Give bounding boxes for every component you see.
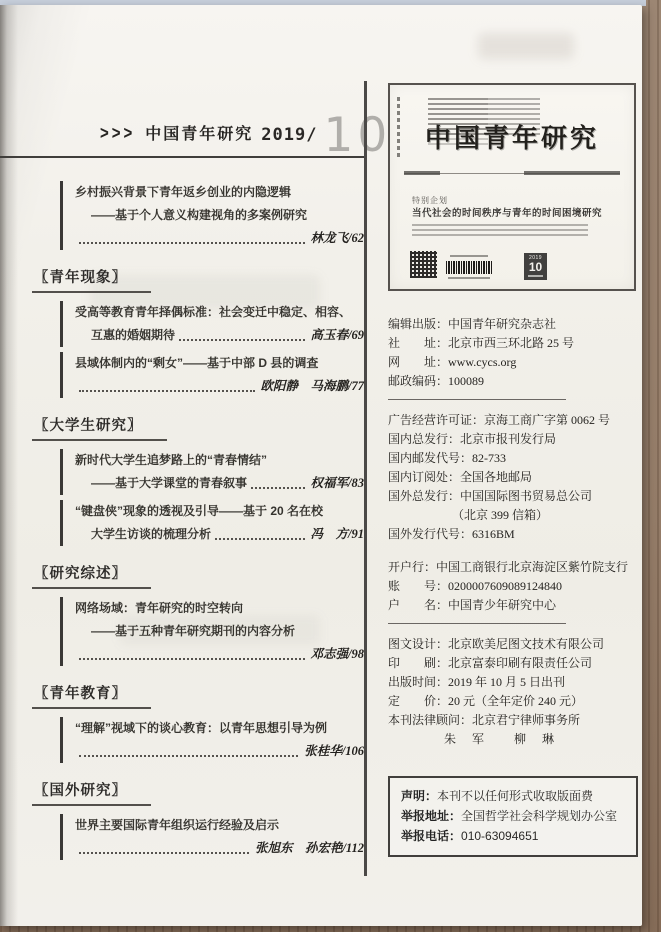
imprint-divider	[388, 399, 566, 400]
dotted-leader	[215, 538, 304, 540]
toc-section-youth-education: 〖青年教育〗 “理解”视域下的谈心教育：以青年思想引导为例 张桂华/106	[30, 682, 364, 763]
info-value: 北京市报刊发行局	[460, 430, 556, 449]
page-number: /106	[342, 740, 364, 763]
notice-value: 全国哲学社会科学规划办公室	[461, 806, 617, 826]
badge-issue: 10	[529, 261, 542, 273]
bracket-left: 〖	[34, 686, 50, 702]
info-label: 出版时间：	[388, 673, 448, 692]
imprint-divider	[388, 623, 566, 624]
info-value: 中国工商银行北京海淀区紫竹院支行	[436, 558, 628, 577]
article-byline-line: 欧阳静 马海鹏/77	[75, 375, 364, 398]
info-line: 国内总发行：北京市报刊发行局	[388, 430, 640, 449]
section-header: 〖研究综述〗	[32, 562, 151, 589]
author-name: 张桂华	[304, 740, 342, 763]
info-line: 网 址：www.cycs.org	[388, 353, 640, 372]
info-value: 全国各地邮局	[460, 468, 532, 487]
toc-article: “键盘侠”现象的透视及引导——基于 20 名在校 大学生访谈的梳理分析冯 方/9…	[60, 500, 364, 546]
title-text: ——基于大学课堂的青春叙事	[75, 472, 247, 495]
info-value: www.cycs.org	[448, 353, 516, 372]
bracket-right: 〗	[127, 418, 143, 434]
issue-year: 2019/	[261, 125, 317, 145]
info-value: 0200007609089124840	[448, 577, 562, 596]
dotted-leader	[79, 852, 249, 854]
info-line: 国外总发行：中国国际图书贸易总公司	[388, 487, 640, 506]
journal-toc-page: >>> 中国青年研究 2019/ 10 乡村振兴背景下青年返乡创业的内隐逻辑 —…	[0, 5, 642, 926]
notice-label: 举报电话：	[401, 826, 461, 846]
article-byline-line: 邓志强/98	[75, 643, 364, 666]
badge-caption	[528, 275, 543, 277]
section-header: 〖青年现象〗	[32, 266, 151, 293]
section-header: 〖大学生研究〗	[32, 414, 167, 441]
toc-article: “理解”视域下的谈心教育：以青年思想引导为例 张桂华/106	[60, 717, 364, 763]
info-label: 账 号：	[388, 577, 448, 596]
page-number: /77	[348, 375, 364, 398]
info-value: 6316BM	[472, 525, 515, 544]
title-text: ——基于五种青年研究期刊的内容分析	[75, 620, 295, 643]
production-info: 图文设计：北京欧美尼图文技术有限公司 印 刷：北京富泰印刷有限责任公司 出版时间…	[388, 635, 640, 749]
info-line: 国外发行代号：6316BM	[388, 525, 640, 544]
bracket-right: 〗	[112, 686, 128, 702]
info-line: 印 刷：北京富泰印刷有限责任公司	[388, 654, 640, 673]
bank-info: 开户行：中国工商银行北京海淀区紫竹院支行 账 号：020000760908912…	[388, 558, 640, 615]
info-value: 100089	[448, 372, 484, 391]
author-name: 欧阳静 马海鹏	[261, 375, 349, 398]
journal-name: 中国青年研究	[145, 121, 253, 144]
info-label: 定 价：	[388, 692, 448, 711]
notice-label: 举报地址：	[401, 806, 461, 826]
bracket-right: 〗	[112, 270, 128, 286]
qr-code-icon	[410, 251, 437, 278]
title-text: “理解”视域下的谈心教育：以青年思想引导为例	[75, 717, 327, 740]
section-header: 〖国外研究〗	[32, 779, 151, 806]
section-header: 〖青年教育〗	[32, 682, 151, 709]
header-rule	[0, 156, 366, 158]
distribution-info: 广告经营许可证：京海工商广字第 0062 号 国内总发行：北京市报刊发行局 国内…	[388, 411, 640, 544]
info-line: 开户行：中国工商银行北京海淀区紫竹院支行	[388, 558, 640, 577]
cover-feature-notes	[412, 224, 588, 239]
legal-advisor-names: 朱 军 柳 琳	[388, 730, 556, 749]
info-label: 国内邮发代号：	[388, 449, 472, 468]
section-title: 青年现象	[50, 270, 112, 286]
info-line: 图文设计：北京欧美尼图文技术有限公司	[388, 635, 640, 654]
info-value: 北京欧美尼图文技术有限公司	[448, 635, 604, 654]
article-title-line: ——基于五种青年研究期刊的内容分析	[75, 620, 364, 643]
title-text: ——基于个人意义构建视角的多案例研究	[75, 204, 307, 227]
author-name: 邓志强	[311, 643, 349, 666]
toc-article: 世界主要国际青年组织运行经验及启示 张旭东 孙宏艳/112	[60, 814, 364, 860]
page-number: /62	[348, 227, 364, 250]
info-line: 编辑出版：中国青年研究杂志社	[388, 315, 640, 334]
notice-label: 声明：	[401, 786, 437, 806]
author-name: 张旭东 孙宏艳	[255, 837, 343, 860]
author-name: 林龙飞	[311, 227, 349, 250]
title-text: 大学生访谈的梳理分析	[75, 523, 211, 546]
page-number: /83	[348, 472, 364, 495]
page-number: /91	[348, 523, 364, 546]
dotted-leader	[79, 390, 255, 392]
section-title: 研究综述	[50, 566, 112, 582]
section-title: 青年教育	[50, 686, 112, 702]
dotted-leader	[79, 755, 298, 757]
bracket-left: 〖	[34, 566, 50, 582]
info-label: 印 刷：	[388, 654, 448, 673]
ink-bleed-smudge	[478, 33, 574, 59]
dotted-leader	[179, 339, 304, 341]
info-value: 2019 年 10 月 5 日出刊	[448, 673, 565, 692]
toc-section-research-review: 〖研究综述〗 网络场域：青年研究的时空转向 ——基于五种青年研究期刊的内容分析 …	[30, 562, 364, 666]
barcode-icon	[446, 261, 492, 274]
page-number: /69	[348, 324, 364, 347]
info-label: 图文设计：	[388, 635, 448, 654]
info-label: 国外发行代号：	[388, 525, 472, 544]
title-text: 互惠的婚姻期待	[75, 324, 175, 347]
bracket-left: 〖	[34, 783, 50, 799]
notice-line: 声明：本刊不以任何形式收取版面费	[401, 786, 628, 806]
notice-line: 举报电话：010-63094651	[401, 826, 628, 846]
info-value: 中国青少年研究中心	[448, 596, 556, 615]
notice-line: 举报地址：全国哲学社会科学规划办公室	[401, 806, 628, 826]
info-value: 中国国际图书贸易总公司	[460, 487, 592, 506]
dotted-leader	[79, 658, 305, 660]
bracket-left: 〖	[34, 270, 50, 286]
dotted-leader	[79, 242, 305, 244]
toc-section-youth-phenomena: 〖青年现象〗 受高等教育青年择偶标准：社会变迁中稳定、相容、 互惠的婚姻期待高玉…	[30, 266, 364, 398]
notice-box: 声明：本刊不以任何形式收取版面费 举报地址：全国哲学社会科学规划办公室 举报电话…	[388, 776, 638, 857]
info-label: 本刊法律顾问：	[388, 711, 472, 730]
info-line: 户 名：中国青少年研究中心	[388, 596, 640, 615]
author-name: 高玉春	[311, 324, 349, 347]
article-byline-line: 互惠的婚姻期待高玉春/69	[75, 324, 364, 347]
info-value: 京海工商广字第 0062 号	[484, 411, 610, 430]
article-title-line: 世界主要国际青年组织运行经验及启示	[75, 814, 364, 837]
bracket-left: 〖	[34, 418, 50, 434]
info-line: 朱 军 柳 琳	[388, 730, 640, 749]
article-title-line: 新时代大学生追梦路上的“青春情结”	[75, 449, 364, 472]
notice-value: 本刊不以任何形式收取版面费	[437, 786, 593, 806]
info-value: 82-733	[472, 449, 506, 468]
issue-number-large: 10	[323, 117, 391, 155]
dotted-leader	[251, 487, 304, 489]
info-label: 邮政编码：	[388, 372, 448, 391]
toc-article: 新时代大学生追梦路上的“青春情结” ——基于大学课堂的青春叙事权福军/83	[60, 449, 364, 495]
journal-cover: 中国青年研究 特别企划 当代社会的时间秩序与青年的时间困境研究 2019 10	[388, 83, 636, 291]
article-title-line: 网络场域：青年研究的时空转向	[75, 597, 364, 620]
toc-section-foreign-research: 〖国外研究〗 世界主要国际青年组织运行经验及启示 张旭东 孙宏艳/112	[30, 779, 364, 860]
article-byline-line: 张旭东 孙宏艳/112	[75, 837, 364, 860]
section-title: 国外研究	[50, 783, 112, 799]
info-line: 国内邮发代号：82-733	[388, 449, 640, 468]
article-title-line: “键盘侠”现象的透视及引导——基于 20 名在校	[75, 500, 364, 523]
info-value: 20 元（全年定价 240 元）	[448, 692, 583, 711]
cover-feature-title: 当代社会的时间秩序与青年的时间困境研究	[412, 205, 602, 219]
imprint-column: 中国青年研究 特别企划 当代社会的时间秩序与青年的时间困境研究 2019 10 …	[388, 83, 640, 857]
toc-section-college-students: 〖大学生研究〗 新时代大学生追梦路上的“青春情结” ——基于大学课堂的青春叙事权…	[30, 414, 364, 546]
cover-subtitle-rule	[404, 167, 620, 174]
info-line: 国内订阅处：全国各地邮局	[388, 468, 640, 487]
toc-article: 乡村振兴背景下青年返乡创业的内隐逻辑 ——基于个人意义构建视角的多案例研究 林龙…	[60, 181, 364, 250]
table-of-contents: 乡村振兴背景下青年返乡创业的内隐逻辑 ——基于个人意义构建视角的多案例研究 林龙…	[30, 181, 364, 865]
section-title: 大学生研究	[50, 418, 128, 434]
info-label: 国外总发行：	[388, 487, 460, 506]
info-label: 编辑出版：	[388, 315, 448, 334]
info-label: 开户行：	[388, 558, 436, 577]
toc-article: 县域体制内的“剩女”——基于中部 D 县的调查 欧阳静 马海鹏/77	[60, 352, 364, 398]
article-title-line: “理解”视域下的谈心教育：以青年思想引导为例	[75, 717, 364, 740]
article-byline-line: 大学生访谈的梳理分析冯 方/91	[75, 523, 364, 546]
info-label: 社 址：	[388, 334, 448, 353]
article-title-line: 乡村振兴背景下青年返乡创业的内隐逻辑	[75, 181, 364, 204]
title-text: 受高等教育青年择偶标准：社会变迁中稳定、相容、	[75, 301, 351, 324]
article-title-line: 县域体制内的“剩女”——基于中部 D 县的调查	[75, 352, 364, 375]
article-title-line: 受高等教育青年择偶标准：社会变迁中稳定、相容、	[75, 301, 364, 324]
info-line: 账 号：0200007609089124840	[388, 577, 640, 596]
author-name: 冯 方	[311, 523, 349, 546]
title-text: 乡村振兴背景下青年返乡创业的内隐逻辑	[75, 181, 291, 204]
info-value: 北京市西三环北路 25 号	[448, 334, 574, 353]
info-line: 出版时间：2019 年 10 月 5 日出刊	[388, 673, 640, 692]
page-number: /112	[342, 837, 364, 860]
info-line: 广告经营许可证：京海工商广字第 0062 号	[388, 411, 640, 430]
page-number: /98	[348, 643, 364, 666]
title-text: “键盘侠”现象的透视及引导——基于 20 名在校	[75, 500, 323, 523]
article-byline-line: ——基于大学课堂的青春叙事权福军/83	[75, 472, 364, 495]
info-line: 社 址：北京市西三环北路 25 号	[388, 334, 640, 353]
info-label: 网 址：	[388, 353, 448, 372]
publisher-info: 编辑出版：中国青年研究杂志社 社 址：北京市西三环北路 25 号 网 址：www…	[388, 315, 640, 391]
cover-masthead: 中国青年研究	[390, 118, 634, 155]
bracket-right: 〗	[112, 783, 128, 799]
info-line: 本刊法律顾问：北京君宁律师事务所	[388, 711, 640, 730]
photographed-journal-page: >>> 中国青年研究 2019/ 10 乡村振兴背景下青年返乡创业的内隐逻辑 —…	[0, 0, 661, 932]
toc-article: 受高等教育青年择偶标准：社会变迁中稳定、相容、 互惠的婚姻期待高玉春/69	[60, 301, 364, 347]
info-line: （北京 399 信箱）	[388, 506, 640, 525]
notice-value: 010-63094651	[461, 826, 538, 846]
article-byline-line: 林龙飞/62	[75, 227, 364, 250]
title-text: 新时代大学生追梦路上的“青春情结”	[75, 449, 267, 472]
info-label: 国内订阅处：	[388, 468, 460, 487]
title-text: 网络场域：青年研究的时空转向	[75, 597, 243, 620]
info-label: 国内总发行：	[388, 430, 460, 449]
issue-badge: 2019 10	[524, 253, 547, 280]
info-label: 户 名：	[388, 596, 448, 615]
bracket-right: 〗	[112, 566, 128, 582]
article-byline-line: 张桂华/106	[75, 740, 364, 763]
chevrons-icon: >>>	[100, 123, 135, 144]
toc-section-lead: 乡村振兴背景下青年返乡创业的内隐逻辑 ——基于个人意义构建视角的多案例研究 林龙…	[30, 181, 364, 250]
toc-article: 网络场域：青年研究的时空转向 ——基于五种青年研究期刊的内容分析 邓志强/98	[60, 597, 364, 666]
info-line: 邮政编码：100089	[388, 372, 640, 391]
info-value: 北京富泰印刷有限责任公司	[448, 654, 592, 673]
column-divider	[364, 81, 367, 876]
page-header: >>> 中国青年研究 2019/ 10	[100, 117, 391, 146]
info-value: （北京 399 信箱）	[388, 506, 548, 525]
info-value: 中国青年研究杂志社	[448, 315, 556, 334]
info-line: 定 价：20 元（全年定价 240 元）	[388, 692, 640, 711]
info-value: 北京君宁律师事务所	[472, 711, 580, 730]
title-text: 世界主要国际青年组织运行经验及启示	[75, 814, 279, 837]
info-label: 广告经营许可证：	[388, 411, 484, 430]
title-text: 县域体制内的“剩女”——基于中部 D 县的调查	[75, 352, 318, 375]
author-name: 权福军	[311, 472, 349, 495]
article-title-line: ——基于个人意义构建视角的多案例研究	[75, 204, 364, 227]
